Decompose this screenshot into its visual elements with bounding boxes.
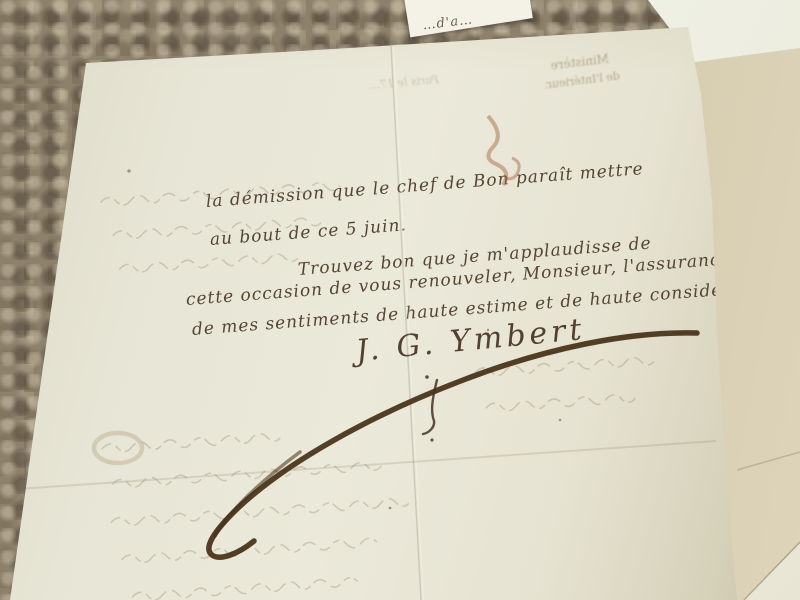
letterhead-showthrough: Ministère de l'Intérieur. <box>514 44 648 99</box>
date-showthrough: Paris le 17… <box>343 69 464 98</box>
handwriting-line-2: au bout de ce 5 juin. <box>209 215 407 250</box>
photo-scene: …d'a… Ministère de l'Intérieur. Paris le… <box>0 0 800 600</box>
letter-page: Ministère de l'Intérieur. Paris le 17… l… <box>0 0 800 600</box>
handwriting-line-1: la démission que le chef de Bon paraît m… <box>205 159 644 212</box>
